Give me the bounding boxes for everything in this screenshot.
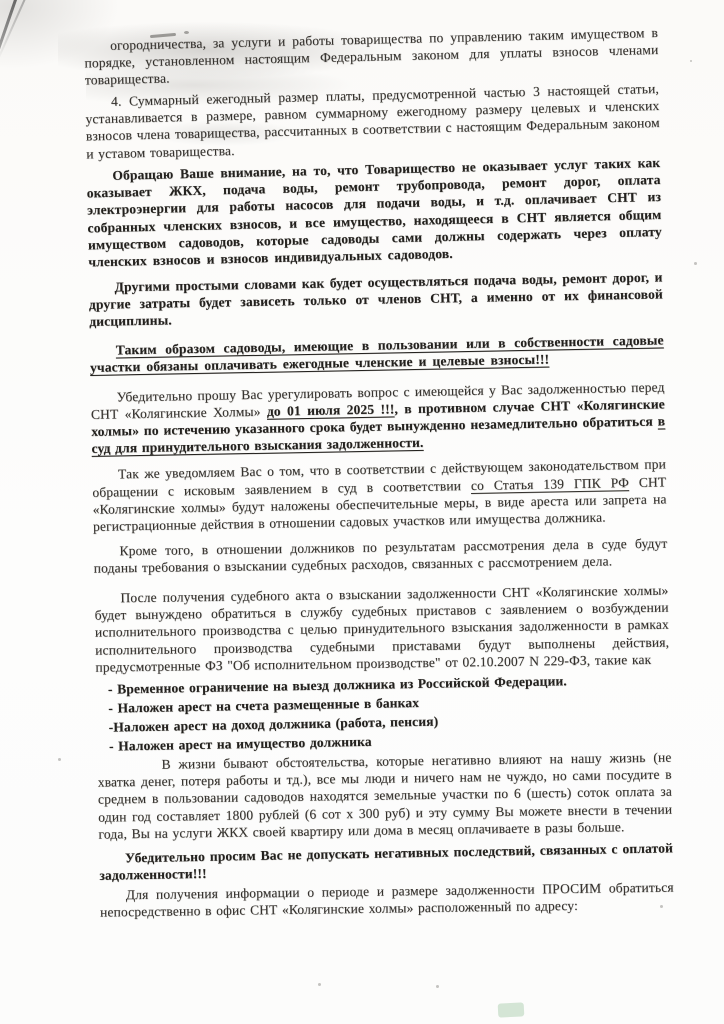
para-final-warning: Убедительно просим Вас не допускать нега… [99,839,674,884]
para-office-address-info: Для получения информации о периоде и раз… [100,879,674,921]
scan-speck [318,983,321,986]
letter-body: огородничества, за услуги и работы товар… [84,25,674,926]
scan-speck [58,758,61,761]
para-deadline-demand: Убедительно прошу Вас урегулировать вопр… [90,378,665,457]
text-segment: После получения судебного акта о взыскан… [95,582,670,674]
text-segment: Убедительно просим Вас не допускать нега… [99,840,673,883]
para-bailiffs-enforcement: После получения судебного акта о взыскан… [94,581,669,675]
para-court-costs: Кроме того, в отношении должников по рез… [93,535,667,577]
scanned-page: огородничества, за услуги и работы товар… [0,0,724,1024]
scan-speck [694,262,697,265]
green-stamp-mark [498,1002,525,1017]
para-continuation-ogorodnichestva: огородничества, за услуги и работы товар… [84,24,659,89]
text-segment: огородничества, за услуги и работы товар… [84,25,658,88]
scan-speck [436,985,439,988]
text-segment: Кроме того, в отношении должников по рез… [94,536,668,576]
text-segment: Обращаю Ваше внимание, на то, что Товари… [87,155,662,270]
para-obligation-underlined: Таким образом садоводы, имеющие в пользо… [90,332,665,377]
paper-crease-line [0,0,19,108]
para-life-circumstances: В жизни бывают обстоятельства, которые н… [97,748,672,842]
text-segment: -Наложен арест на доход должника (работа… [109,714,439,735]
para-simple-words: Другими простыми словами как будет осуще… [88,268,663,330]
law-reference: со Статья 139 ГПК РФ [471,475,629,493]
text-segment: Для получения информации о периоде и раз… [100,880,674,920]
text-segment: - Наложен арест на имущество должника [109,734,372,754]
text-segment: Другими простыми словами как будет осуще… [89,269,663,329]
para-court-notice: Так же уведомляем Вас о том, что в соотв… [92,456,667,535]
text-segment: - Наложен арест на счета размещенные в б… [108,695,419,716]
scan-speck [690,60,692,62]
para-clause-4-annual-fee: 4. Суммарный ежегодный размер платы, пре… [85,80,660,162]
text-segment: В жизни бывают обстоятельства, которые н… [98,749,673,841]
paper-crease-line-2 [0,0,29,58]
text-segment: 4. Суммарный ежегодный размер платы, пре… [85,81,660,161]
deadline-date: до 01 июля 2025 !!! [267,401,395,418]
text-segment: Таким образом садоводы, имеющие в пользо… [90,333,664,376]
para-attention-services: Обращаю Ваше внимание, на то, что Товари… [86,154,662,271]
